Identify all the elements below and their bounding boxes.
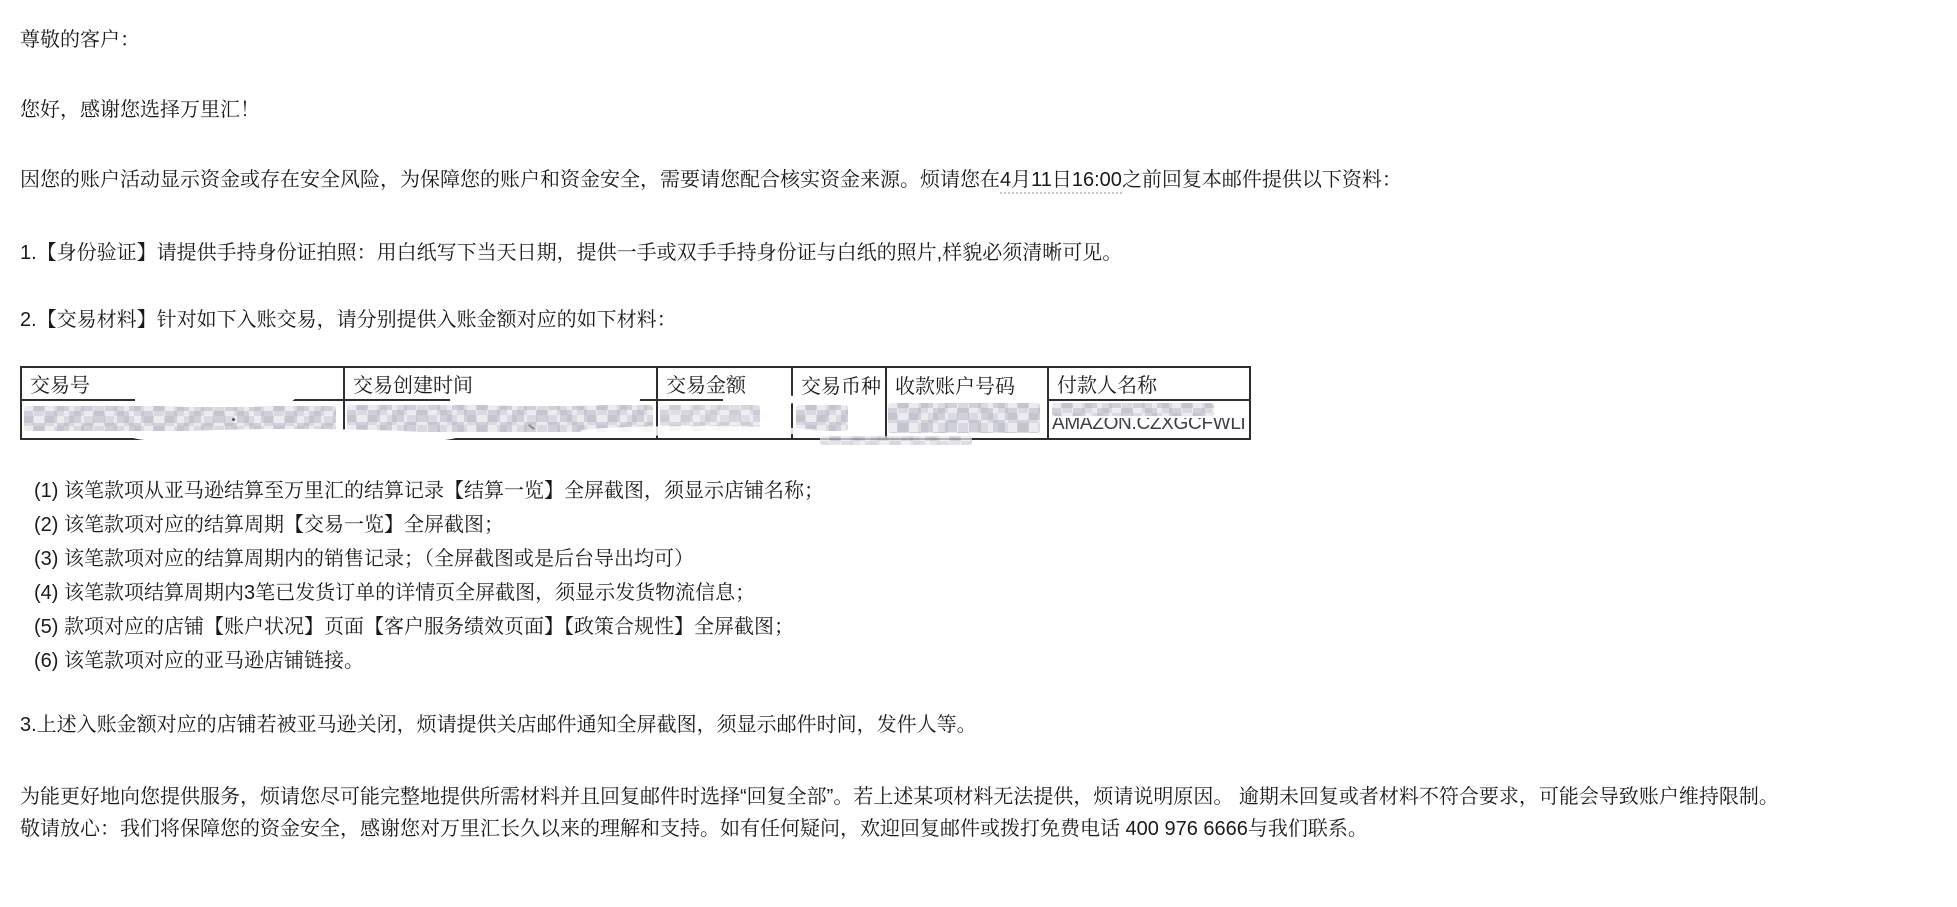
whiteout-blob [132, 429, 457, 445]
deadline-date: 4月11日16:00 [1000, 169, 1122, 194]
redaction-mosaic-spill-below-table [820, 436, 972, 445]
redaction-mosaic-transaction-no [24, 406, 336, 431]
closing-block: 为能更好地向您提供服务，烦请您尽可能完整地提供所需材料并且回复邮件时选择“回复全… [20, 781, 1937, 845]
greeting: 您好，感谢您选择万里汇！ [20, 96, 1937, 124]
requirement-identity-verification: 1.【身份验证】请提供手持身份证拍照：用白纸写下当天日期，提供一手或双手手持身份… [20, 239, 1937, 267]
material-item-5: (5) 款项对应的店铺【账户状况】页面【客户服务绩效页面】【政策合规性】全屏截图… [34, 610, 1937, 644]
header-payer-name: 付款人名称 [1048, 367, 1250, 400]
closing-paragraph-1: 为能更好地向您提供服务，烦请您尽可能完整地提供所需材料并且回复邮件时选择“回复全… [20, 781, 1937, 813]
whiteout-blob [195, 389, 295, 407]
header-currency: 交易币种 [792, 367, 886, 400]
whiteout-blob [723, 395, 805, 404]
intro-text-before: 因您的账户活动显示资金或存在安全风险，为保障您的账户和资金安全，需要请您配合核实… [20, 169, 1000, 191]
payer-name-partial: AMAZON.CZXGCFWLL [1052, 418, 1244, 435]
material-item-2: (2) 该笔款项对应的结算周期【交易一览】全屏截图； [34, 508, 1937, 542]
redaction-mosaic-currency [796, 405, 848, 431]
email-body: 尊敬的客户： 您好，感谢您选择万里汇！ 因您的账户活动显示资金或存在安全风险，为… [0, 0, 1957, 845]
material-item-1: (1) 该笔款项从亚马逊结算至万里汇的结算记录【结算一览】全屏截图，须显示店铺名… [34, 474, 1937, 508]
material-item-6: (6) 该笔款项对应的亚马逊店铺链接。 [34, 644, 1937, 678]
closing-paragraph-2: 敬请放心：我们将保障您的资金安全，感谢您对万里汇长久以来的理解和支持。如有任何疑… [20, 813, 1937, 845]
requirement-store-closed: 3.上述入账金额对应的店铺若被亚马逊关闭，烦请提供关店邮件通知全屏截图，须显示邮… [20, 711, 1937, 739]
whiteout-blob [580, 426, 820, 436]
stray-dot [232, 418, 235, 421]
salutation: 尊敬的客户： [20, 26, 1937, 54]
intro-paragraph: 因您的账户活动显示资金或存在安全风险，为保障您的账户和资金安全，需要请您配合核实… [20, 166, 1937, 194]
redaction-mosaic-payer-top [1052, 403, 1214, 416]
material-item-4: (4) 该笔款项结算周期内3笔已发货订单的详情页全屏截图，须显示发货物流信息； [34, 576, 1937, 610]
redaction-mosaic-receiving-account [888, 403, 1040, 433]
material-item-3: (3) 该笔款项对应的结算周期内的销售记录；（全屏截图或是后台导出均可） [34, 542, 1937, 576]
transactions-table-wrapper: 交易号 交易创建时间 交易金额 交易币种 收款账户号码 付款人名称 [20, 366, 1249, 440]
intro-text-after: 之前回复本邮件提供以下资料： [1122, 169, 1402, 191]
header-receiving-account: 收款账户号码 [886, 367, 1048, 400]
materials-list: (1) 该笔款项从亚马逊结算至万里汇的结算记录【结算一览】全屏截图，须显示店铺名… [20, 474, 1937, 678]
requirement-transaction-materials: 2.【交易材料】针对如下入账交易，请分别提供入账金额对应的如下材料： [20, 306, 1937, 334]
payer-name-text: AMAZON.CZXGCFWLL [1052, 418, 1244, 435]
whiteout-blob [475, 386, 605, 406]
